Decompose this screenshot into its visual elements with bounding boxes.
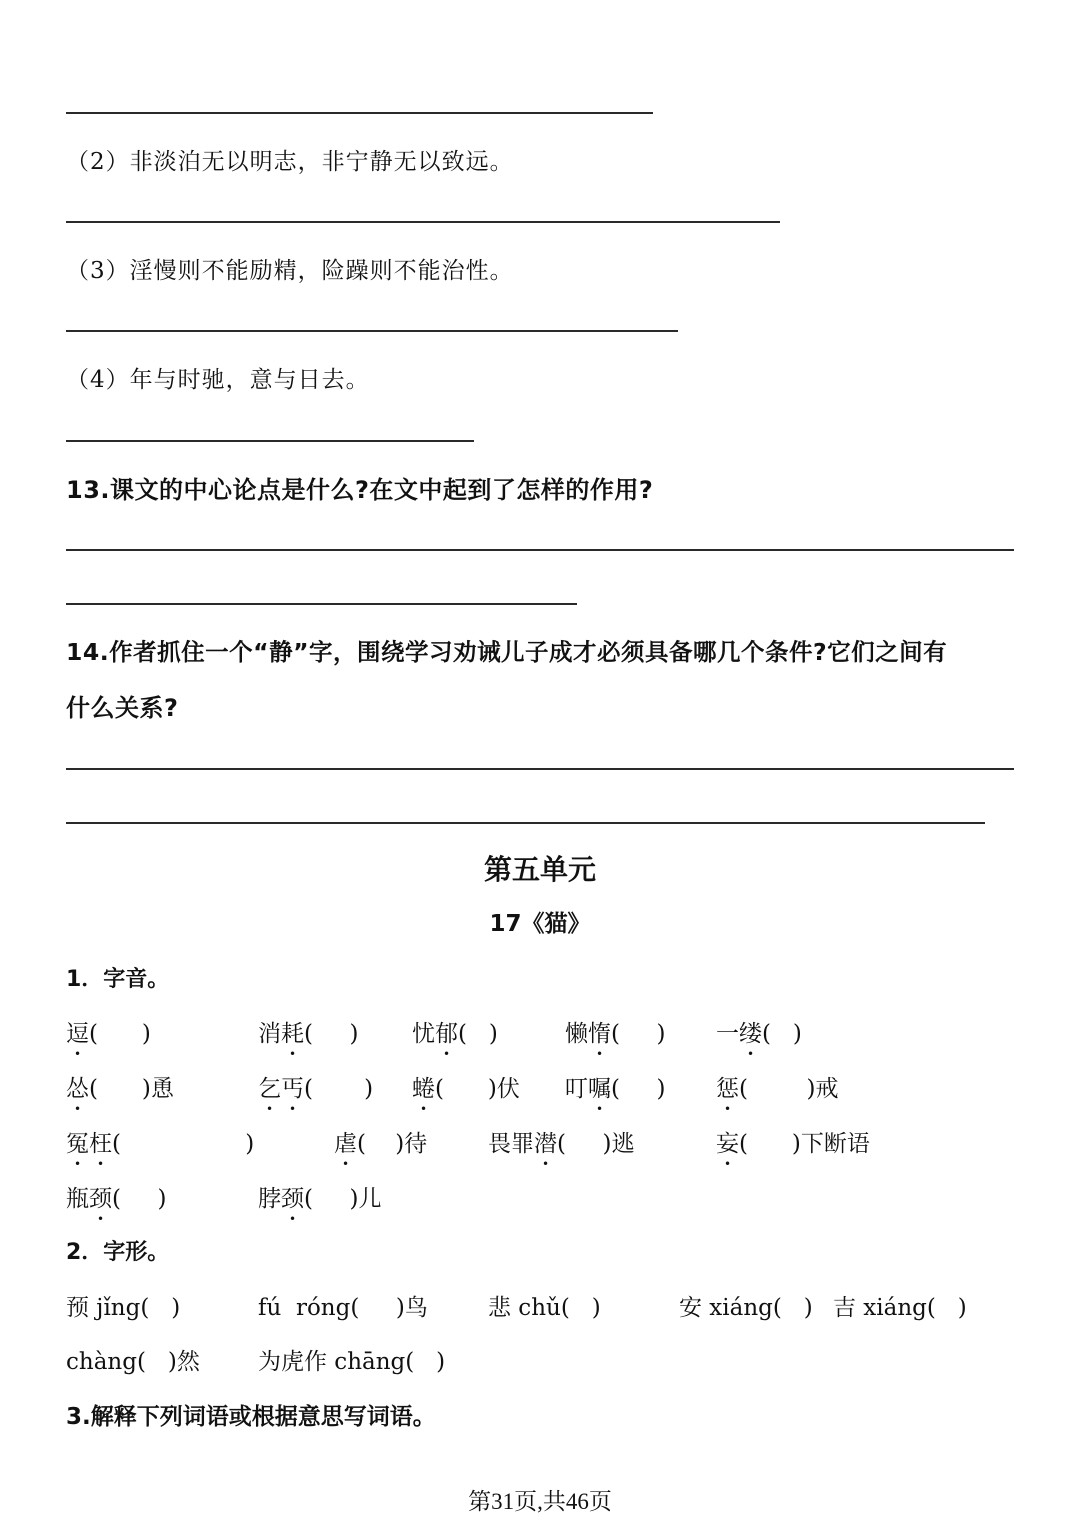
answer-line[interactable] <box>66 112 653 114</box>
pronunciation-item[interactable]: 懒惰( ) <box>565 1015 666 1061</box>
emphasized-char: 颈 <box>281 1186 304 1212</box>
emphasized-char: 耗 <box>281 1021 304 1047</box>
answer-blank[interactable]: ( ) <box>739 1131 801 1157</box>
pronunciation-item[interactable]: 妄( )下断语 <box>716 1125 870 1171</box>
answer-blank[interactable]: ( ) <box>304 1076 373 1102</box>
answer-line[interactable] <box>66 822 985 824</box>
answer-blank[interactable]: ( ) <box>611 1021 666 1047</box>
answer-line[interactable] <box>66 603 577 605</box>
answer-blank[interactable]: ( ) <box>357 1131 404 1157</box>
pronunciation-item[interactable]: 叮嘱( ) <box>565 1070 666 1116</box>
emphasized-char: 潜 <box>534 1131 557 1157</box>
emphasized-char: 虐 <box>334 1131 357 1157</box>
character-form-item[interactable]: 悲 chǔ( ) <box>488 1289 601 1322</box>
character-form-item[interactable]: 吉 xiáng( ) <box>833 1289 967 1322</box>
answer-blank[interactable]: ( ) <box>112 1186 167 1212</box>
sentence-item-4: （4）年与时驰，意与日去。 <box>66 361 370 394</box>
page-indicator: 第31页,共46页 <box>0 1483 1080 1516</box>
word-text: 懒 <box>565 1021 588 1047</box>
pronunciation-item[interactable]: 乞丐( ) <box>258 1070 373 1116</box>
unit-title: 第五单元 <box>0 848 1080 888</box>
answer-line[interactable] <box>66 768 1014 770</box>
sentence-item-2: （2）非淡泊无以明志，非宁静无以致远。 <box>66 143 514 176</box>
pronunciation-item[interactable]: 忧郁( ) <box>412 1015 498 1061</box>
word-text: 下断语 <box>801 1131 870 1157</box>
question-14-line-2: 什么关系? <box>66 688 178 723</box>
word-text: 逃 <box>612 1131 635 1157</box>
pronunciation-item[interactable]: 冤枉( ) <box>66 1125 254 1171</box>
pronunciation-item[interactable]: 脖颈( )儿 <box>258 1180 382 1226</box>
answer-blank[interactable]: ( ) <box>304 1021 359 1047</box>
word-text: 恿 <box>151 1076 174 1102</box>
pronunciation-item[interactable]: 虐( )待 <box>334 1125 427 1171</box>
answer-blank[interactable]: ( ) <box>89 1021 151 1047</box>
word-text: 叮 <box>565 1076 588 1102</box>
pronunciation-item[interactable]: 瓶颈( ) <box>66 1180 167 1226</box>
character-form-item[interactable]: fú róng( )鸟 <box>258 1289 428 1322</box>
emphasized-char: 嘱 <box>588 1076 611 1102</box>
word-text: 儿 <box>359 1186 382 1212</box>
word-text: 伏 <box>497 1076 520 1102</box>
answer-blank[interactable]: ( ) <box>762 1021 802 1047</box>
word-text: 忧 <box>412 1021 435 1047</box>
word-text: 戒 <box>815 1076 838 1102</box>
question-13: 13.课文的中心论点是什么?在文中起到了怎样的作用? <box>66 470 653 505</box>
section-1-title: 1．字音。 <box>66 962 169 993</box>
answer-line[interactable] <box>66 330 678 332</box>
character-form-item[interactable]: 为虎作 chāng( ) <box>258 1343 445 1376</box>
answer-blank[interactable]: ( ) <box>739 1076 815 1102</box>
emphasized-char: 惩 <box>716 1076 739 1102</box>
answer-line[interactable] <box>66 549 1014 551</box>
answer-blank[interactable]: ( ) <box>557 1131 612 1157</box>
word-text: 一 <box>716 1021 739 1047</box>
pronunciation-item[interactable]: 一缕( ) <box>716 1015 802 1061</box>
emphasized-char: 惰 <box>588 1021 611 1047</box>
word-text: 待 <box>404 1131 427 1157</box>
emphasized-char: 妄 <box>716 1131 739 1157</box>
answer-blank[interactable]: ( ) <box>112 1131 254 1157</box>
answer-blank[interactable]: ( ) <box>435 1076 497 1102</box>
character-form-item[interactable]: 安 xiáng( ) <box>679 1289 813 1322</box>
answer-line[interactable] <box>66 440 474 442</box>
pronunciation-item[interactable]: 逗( ) <box>66 1015 151 1061</box>
answer-blank[interactable]: ( ) <box>458 1021 498 1047</box>
emphasized-char: 怂 <box>66 1076 89 1102</box>
pronunciation-item[interactable]: 怂( )恿 <box>66 1070 174 1116</box>
lesson-title: 17《猫》 <box>0 905 1080 938</box>
question-14-line-1: 14.作者抓住一个“静”字，围绕学习劝诫儿子成才必须具备哪几个条件?它们之间有 <box>66 633 947 667</box>
answer-blank[interactable]: ( ) <box>611 1076 666 1102</box>
character-form-item[interactable]: 预 jǐng( ) <box>66 1289 180 1322</box>
answer-blank[interactable]: ( ) <box>89 1076 151 1102</box>
emphasized-char: 缕 <box>739 1021 762 1047</box>
word-text: 消 <box>258 1021 281 1047</box>
emphasized-char: 乞丐 <box>258 1076 304 1102</box>
emphasized-char: 冤枉 <box>66 1131 112 1157</box>
sentence-item-3: （3）淫慢则不能励精，险躁则不能治性。 <box>66 252 514 285</box>
emphasized-char: 颈 <box>89 1186 112 1212</box>
pronunciation-item[interactable]: 畏罪潜( )逃 <box>488 1125 635 1171</box>
pronunciation-item[interactable]: 惩( )戒 <box>716 1070 838 1116</box>
emphasized-char: 郁 <box>435 1021 458 1047</box>
character-form-item[interactable]: chàng( )然 <box>66 1343 200 1376</box>
word-text: 脖 <box>258 1186 281 1212</box>
emphasized-char: 逗 <box>66 1021 89 1047</box>
answer-blank[interactable]: ( ) <box>304 1186 359 1212</box>
answer-line[interactable] <box>66 221 780 223</box>
word-text: 瓶 <box>66 1186 89 1212</box>
word-text: 畏罪 <box>488 1131 534 1157</box>
section-3-title: 3.解释下列词语或根据意思写词语。 <box>66 1398 436 1431</box>
emphasized-char: 蜷 <box>412 1076 435 1102</box>
pronunciation-item[interactable]: 蜷( )伏 <box>412 1070 520 1116</box>
pronunciation-item[interactable]: 消耗( ) <box>258 1015 359 1061</box>
section-2-title: 2．字形。 <box>66 1235 169 1266</box>
